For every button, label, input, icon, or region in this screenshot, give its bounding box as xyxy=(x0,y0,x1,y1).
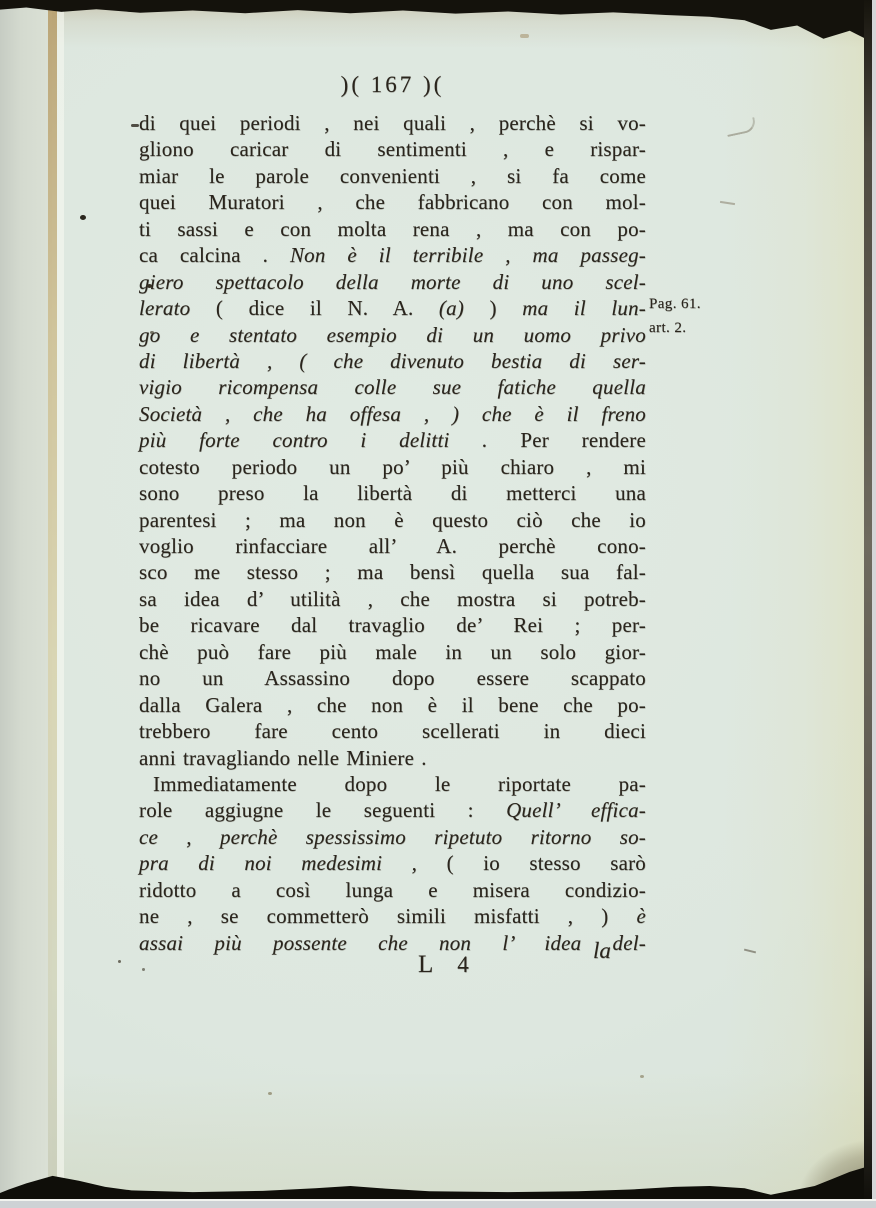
text-line: di quei periodi , nei quali , perchè si … xyxy=(139,110,646,136)
text-line: ti sassi e con molta rena , ma con po- xyxy=(139,216,646,242)
text-line: lerato ( dice il N. A. (a) ) ma il lun- xyxy=(139,295,646,321)
italic-text-segment: vigio ricompensa colle sue fatiche quell… xyxy=(139,375,646,399)
roman-text-segment: ridotto a così lunga e misera condizio- xyxy=(139,878,646,902)
margin-note-page-ref: Pag. 61. xyxy=(649,292,701,316)
text-line: Immediatamente dopo le riportate pa- xyxy=(139,771,646,797)
text-line: miar le parole convenienti , si fa come xyxy=(139,163,646,189)
binding-crease xyxy=(48,2,57,1200)
text-line: voglio rinfacciare all’ A. perchè cono- xyxy=(139,533,646,559)
foxing-speck xyxy=(268,1092,272,1095)
text-line: Società , che ha offesa , ) che è il fre… xyxy=(139,401,646,427)
text-line: sa idea d’ utilità , che mostra si potre… xyxy=(139,586,646,612)
book-scan: )( 167 )( di quei periodi , nei quali , … xyxy=(0,0,876,1208)
roman-text-segment: sono preso la libertà di metterci una xyxy=(139,481,646,505)
roman-text-segment: trebbero fare cento scellerati in dieci xyxy=(139,719,646,743)
roman-text-segment: ti sassi e con molta rena , ma con po- xyxy=(139,217,646,241)
text-block: di quei periodi , nei quali , perchè si … xyxy=(139,110,646,956)
text-line: quei Muratori , che fabbricano con mol- xyxy=(139,189,646,215)
italic-text-segment: più forte contro i delitti . xyxy=(139,428,520,452)
roman-text-segment: sco me stesso ; ma bensì quella sua fal- xyxy=(139,560,646,584)
roman-text-segment: dalla Galera , che non è il bene che po- xyxy=(139,693,646,717)
text-line: ca calcina . Non è il terribile , ma pas… xyxy=(139,242,646,268)
italic-text-segment: di libertà , ( che divenuto bestia di se… xyxy=(139,349,646,373)
margin-note: Pag. 61. art. 2. xyxy=(649,292,701,340)
ink-speck xyxy=(80,215,86,220)
binding-crease-highlight xyxy=(57,2,64,1200)
italic-text-segment: giero spettacolo della morte di uno scel… xyxy=(139,270,646,294)
roman-text-segment: ca calcina . xyxy=(139,243,290,267)
roman-text-segment: miar le parole convenienti , si fa come xyxy=(139,164,646,188)
margin-note-article-ref: art. 2. xyxy=(649,316,701,340)
roman-text-segment: Immediatamente dopo le riportate pa- xyxy=(153,772,646,796)
ink-speck xyxy=(118,960,121,963)
page-number-header: )( 167 )( xyxy=(139,72,646,98)
text-line: trebbero fare cento scellerati in dieci xyxy=(139,718,646,744)
text-line: chè può fare più male in un solo gior- xyxy=(139,639,646,665)
roman-text-segment: gliono caricar di sentimenti , e rispar- xyxy=(139,137,646,161)
ink-speck xyxy=(150,331,154,334)
text-line: giero spettacolo della morte di uno scel… xyxy=(139,269,646,295)
roman-text-segment: ( dice il N. A. xyxy=(216,296,439,320)
text-line: no un Assassino dopo essere scappato xyxy=(139,665,646,691)
italic-text-segment: ce , perchè spessissimo ripetuto ritorno… xyxy=(139,825,646,849)
italic-text-segment: go e stentato esempio di un uomo privo xyxy=(139,323,646,347)
italic-text-segment: (a) xyxy=(439,296,464,320)
text-line: cotesto periodo un po’ più chiaro , mi xyxy=(139,454,646,480)
text-line: parentesi ; ma non è questo ciò che io xyxy=(139,507,646,533)
ink-speck xyxy=(147,284,152,288)
italic-text-segment: ma il lun- xyxy=(522,296,646,320)
text-line: vigio ricompensa colle sue fatiche quell… xyxy=(139,374,646,400)
roman-text-segment: parentesi ; ma non è questo ciò che io xyxy=(139,508,646,532)
ink-speck xyxy=(142,968,145,971)
text-line: ridotto a così lunga e misera condizio- xyxy=(139,877,646,903)
italic-text-segment: è xyxy=(636,904,646,928)
italic-text-segment: Quell’ effica- xyxy=(506,798,646,822)
previous-page-edge xyxy=(0,0,52,1208)
roman-text-segment: Per rendere xyxy=(520,428,646,452)
text-line: sco me stesso ; ma bensì quella sua fal- xyxy=(139,559,646,585)
roman-text-segment: ) xyxy=(464,296,522,320)
roman-text-segment: voglio rinfacciare all’ A. perchè cono- xyxy=(139,534,646,558)
roman-text-segment: chè può fare più male in un solo gior- xyxy=(139,640,646,664)
scan-edge-right xyxy=(864,0,872,1208)
text-line: dalla Galera , che non è il bene che po- xyxy=(139,692,646,718)
roman-text-segment: quei Muratori , che fabbricano con mol- xyxy=(139,190,646,214)
roman-text-segment: anni travagliando nelle Miniere . xyxy=(139,746,427,770)
text-line: anni travagliando nelle Miniere . xyxy=(139,745,646,771)
text-line: go e stentato esempio di un uomo privo xyxy=(139,322,646,348)
roman-text-segment: be ricavare dal travaglio de’ Rei ; per- xyxy=(139,613,646,637)
text-line: role aggiugne le seguenti : Quell’ effic… xyxy=(139,797,646,823)
roman-text-segment: role aggiugne le seguenti : xyxy=(139,798,506,822)
roman-text-segment: no un Assassino dopo essere scappato xyxy=(139,666,646,690)
text-line: di libertà , ( che divenuto bestia di se… xyxy=(139,348,646,374)
text-line: più forte contro i delitti . Per rendere xyxy=(139,427,646,453)
italic-text-segment: pra di noi medesimi , xyxy=(139,851,447,875)
foxing-speck xyxy=(520,34,529,38)
roman-text-segment: ne , se commetterò simili misfatti , ) xyxy=(139,904,636,928)
text-line: gliono caricar di sentimenti , e rispar- xyxy=(139,136,646,162)
text-line: ne , se commetterò simili misfatti , ) è xyxy=(139,903,646,929)
roman-text-segment: cotesto periodo un po’ più chiaro , mi xyxy=(139,455,646,479)
signature-mark: L xyxy=(418,951,433,978)
roman-text-segment: sa idea d’ utilità , che mostra si potre… xyxy=(139,587,646,611)
text-line: pra di noi medesimi , ( io stesso sarò xyxy=(139,850,646,876)
italic-text-segment: lerato xyxy=(139,296,216,320)
text-line: ce , perchè spessissimo ripetuto ritorno… xyxy=(139,824,646,850)
scanner-strip-right xyxy=(872,0,876,1208)
roman-text-segment: di quei periodi , nei quali , perchè si … xyxy=(139,111,646,135)
scanner-strip-bottom xyxy=(0,1199,876,1208)
roman-text-segment: ( io stesso sarò xyxy=(447,851,646,875)
signature-row: L4 xyxy=(139,951,646,979)
catchword: la xyxy=(593,938,611,964)
foxing-speck xyxy=(640,1075,644,1078)
italic-text-segment: Società , che ha offesa , ) che è il fre… xyxy=(139,402,646,426)
signature-number: 4 xyxy=(457,952,469,977)
text-line: be ricavare dal travaglio de’ Rei ; per- xyxy=(139,612,646,638)
italic-text-segment: Non è il terribile , ma passeg- xyxy=(290,243,646,267)
ink-speck xyxy=(131,124,139,127)
text-line: sono preso la libertà di metterci una xyxy=(139,480,646,506)
